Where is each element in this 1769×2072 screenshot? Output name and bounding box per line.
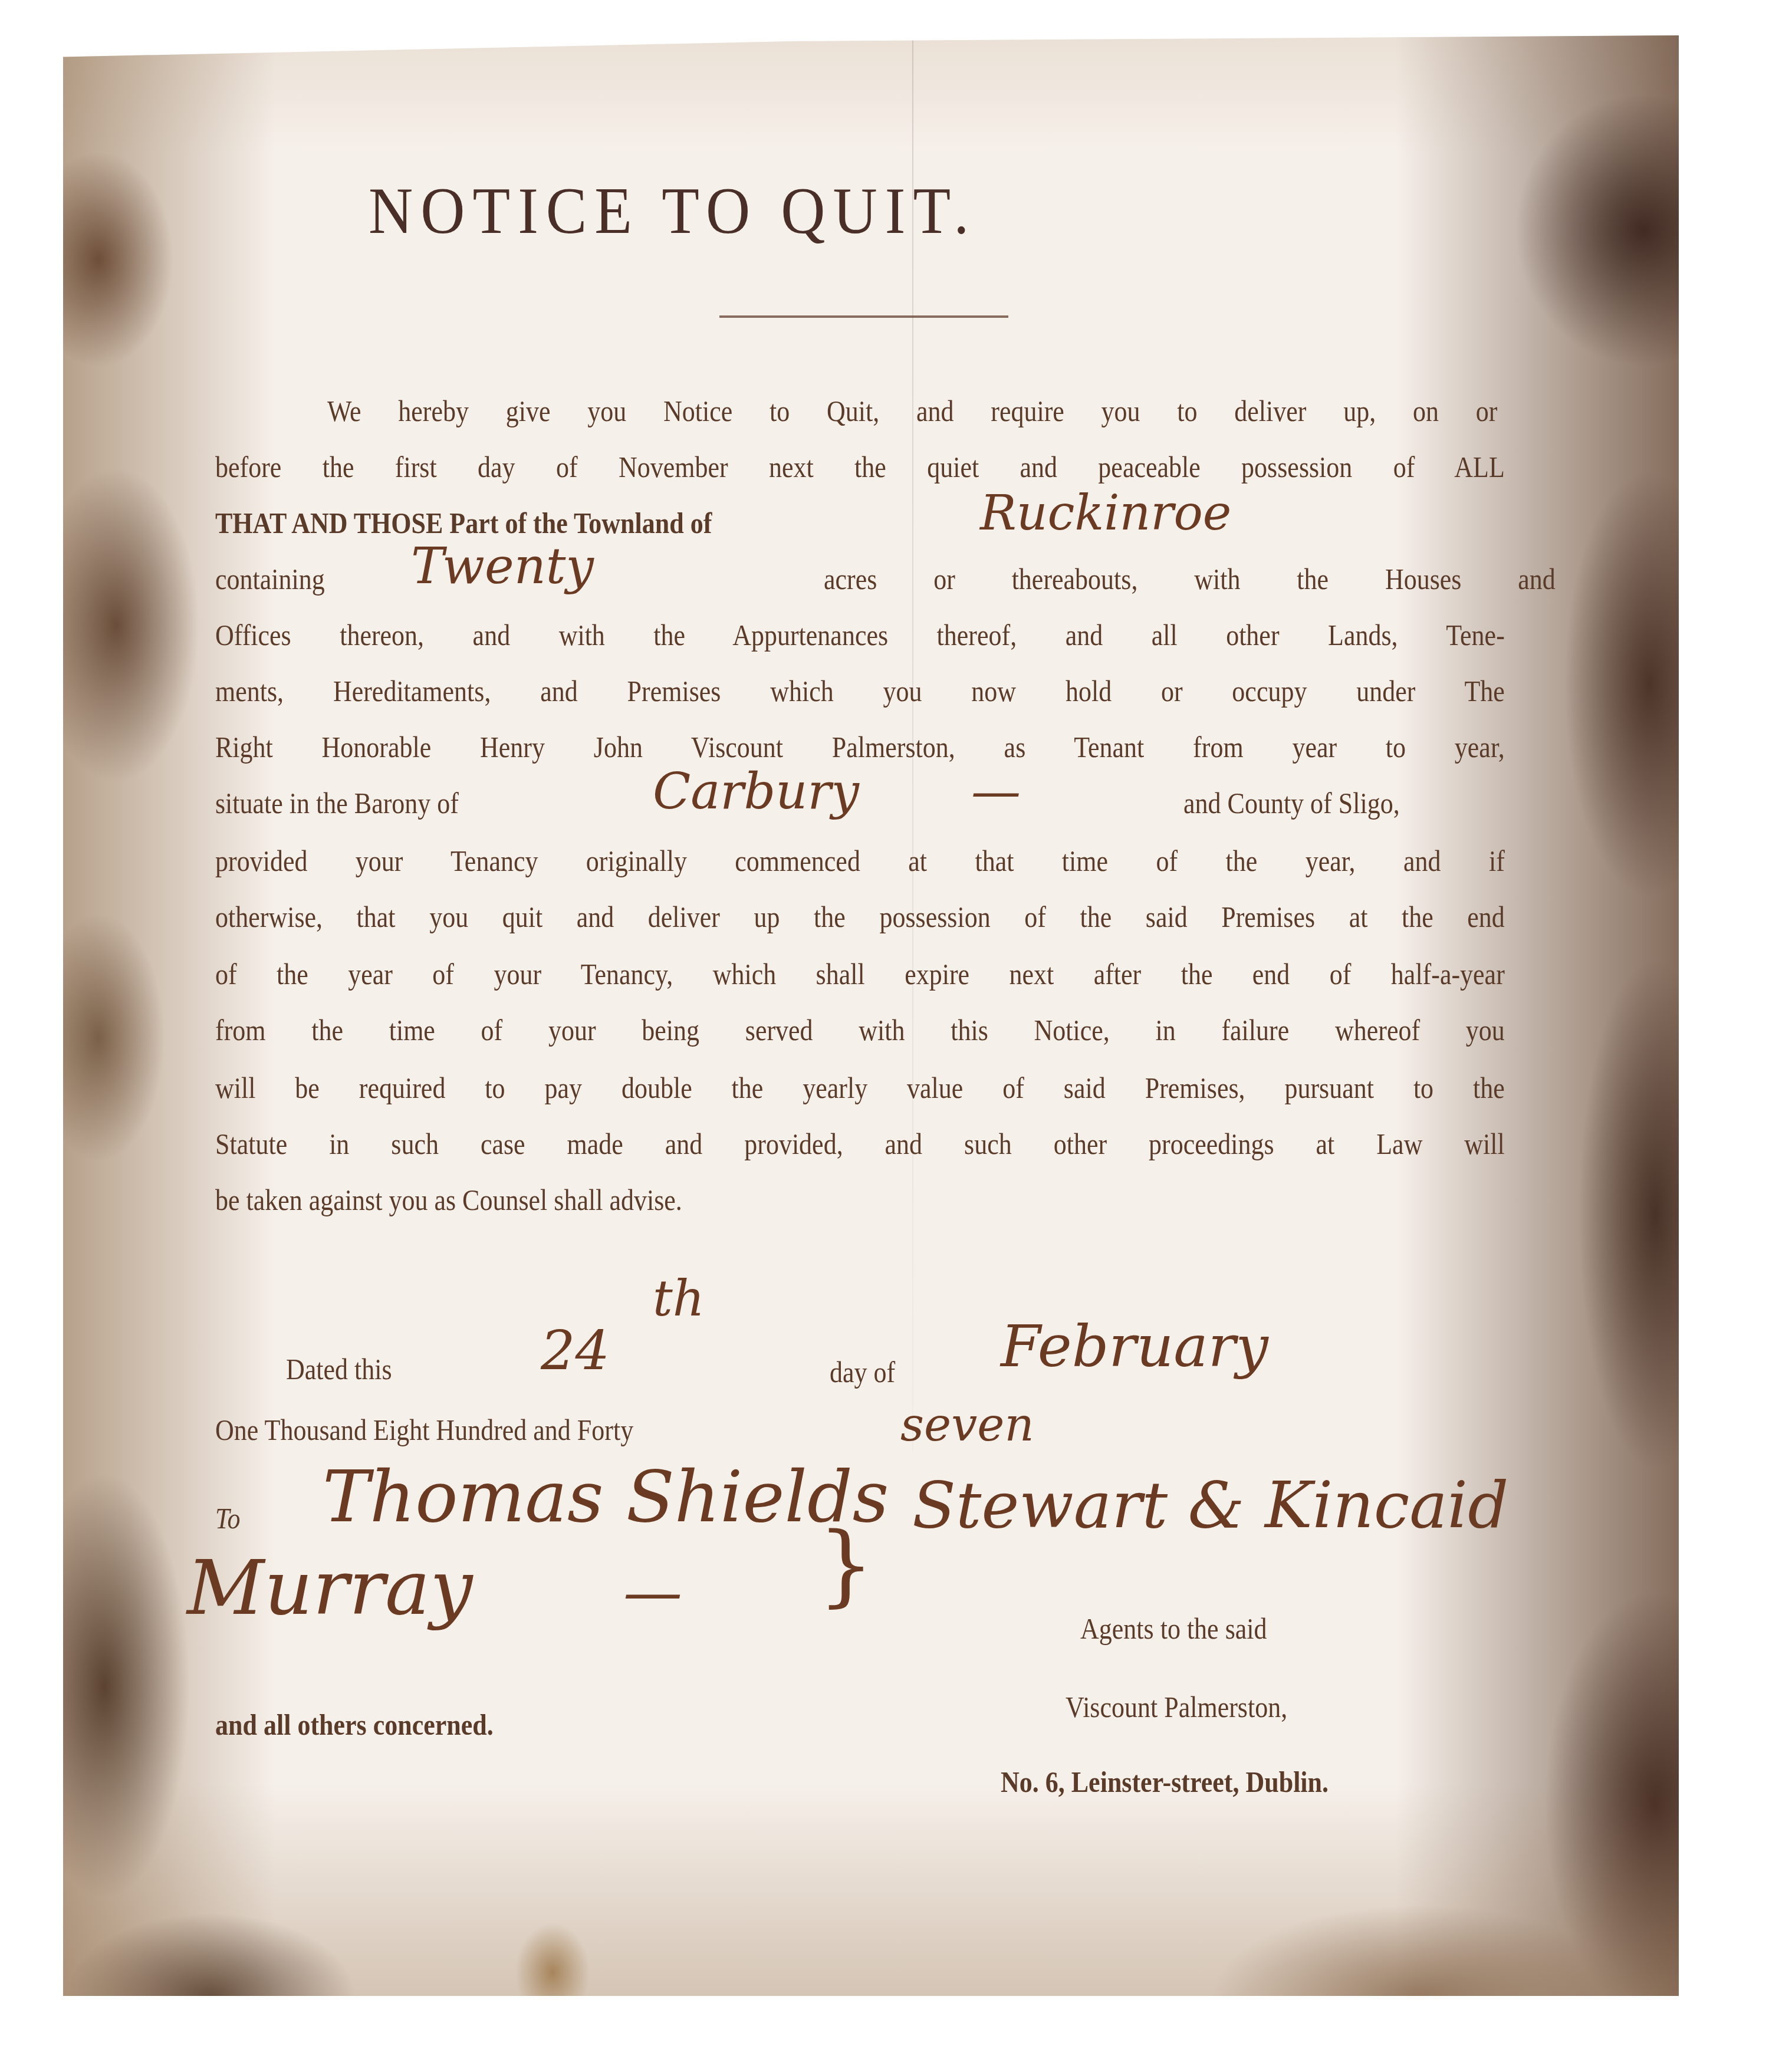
body-line-9: provided your Tenancy originally commenc… xyxy=(215,846,1505,876)
handwritten-tenant-dash: — xyxy=(623,1563,682,1622)
body-line-6: ments, Hereditaments, and Premises which… xyxy=(215,676,1505,706)
body-line-1: We hereby give you Notice to Quit, and r… xyxy=(327,396,1497,426)
body-line-8-county: and County of Sligo, xyxy=(1183,788,1400,818)
agents-line-3-address: No. 6, Leinster-street, Dublin. xyxy=(1001,1767,1329,1797)
handwritten-tenant-name-line2: Murray xyxy=(187,1551,473,1626)
paper-stain-top xyxy=(63,35,1679,153)
handwritten-brace: } xyxy=(818,1521,874,1610)
agents-line-2: Viscount Palmerston, xyxy=(1066,1692,1287,1722)
handwritten-day-suffix: th xyxy=(653,1274,705,1323)
body-line-12: from the time of your being served with … xyxy=(215,1015,1505,1045)
title-divider-rule xyxy=(719,315,1008,318)
agents-line-1: Agents to the said xyxy=(1080,1614,1267,1643)
handwritten-year-word: seven xyxy=(900,1402,1034,1448)
handwritten-barony-dash: — xyxy=(971,767,1021,816)
document-title: NOTICE TO QUIT. xyxy=(369,178,976,244)
body-line-11: of the year of your Tenancy, which shall… xyxy=(215,959,1505,989)
year-prefix-label: One Thousand Eight Hundred and Forty xyxy=(215,1415,633,1445)
handwritten-tenant-name-line1: Thomas Shields xyxy=(323,1462,889,1533)
body-line-2: before the first day of November next th… xyxy=(215,452,1505,482)
notice-document-paper: NOTICE TO QUIT. We hereby give you Notic… xyxy=(63,35,1679,1996)
day-of-label: day of xyxy=(830,1357,895,1387)
body-line-15: be taken against you as Counsel shall ad… xyxy=(215,1185,682,1215)
body-line-10: otherwise, that you quit and deliver up … xyxy=(215,902,1505,932)
handwritten-acres: Twenty xyxy=(411,541,594,591)
handwritten-townland: Ruckinroe xyxy=(980,489,1231,538)
paper-stain-bottom xyxy=(63,1784,1679,1996)
body-line-8-barony-label: situate in the Barony of xyxy=(215,788,459,818)
body-line-4-acres-text: acres or thereabouts, with the Houses an… xyxy=(824,564,1556,594)
body-line-5: Offices thereon, and with the Appurtenan… xyxy=(215,620,1505,650)
body-line-3-townland-label: THAT AND THOSE Part of the Townland of xyxy=(215,508,712,538)
body-line-13: will be required to pay double the yearl… xyxy=(215,1073,1505,1103)
body-line-4-containing: containing xyxy=(215,564,325,594)
body-line-14: Statute in such case made and provided, … xyxy=(215,1129,1505,1159)
body-line-7: Right Honorable Henry John Viscount Palm… xyxy=(215,732,1505,762)
handwritten-day: 24 xyxy=(541,1324,610,1378)
handwritten-agent-signature: Stewart & Kincaid xyxy=(912,1474,1508,1538)
handwritten-barony: Carbury xyxy=(653,767,859,816)
to-label: To xyxy=(215,1504,240,1533)
handwritten-month: February xyxy=(1001,1318,1268,1376)
dated-this-label: Dated this xyxy=(286,1354,392,1384)
all-others-concerned: and all others concerned. xyxy=(215,1710,494,1739)
